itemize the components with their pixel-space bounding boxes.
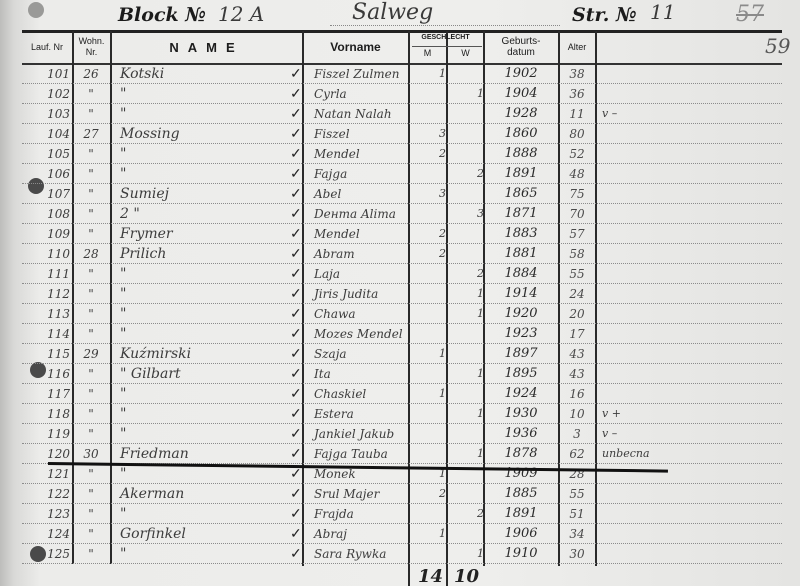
street-name: Salweg [352, 0, 433, 25]
checkmark: ✓ [290, 286, 302, 302]
house-number: " [74, 406, 108, 422]
total-male: 14 [418, 566, 443, 586]
surname: Frymer [120, 226, 173, 242]
birth-year: 1878 [488, 446, 554, 462]
surname: Friedman [120, 446, 189, 462]
row-rule [22, 483, 782, 484]
birth-year: 1920 [488, 306, 554, 322]
first-name: Mendel [314, 146, 360, 162]
lauf-number: 116 [10, 366, 70, 382]
checkmark: ✓ [290, 546, 302, 562]
row-rule [22, 383, 782, 384]
age: 16 [560, 386, 594, 402]
lauf-number: 117 [10, 386, 70, 402]
male-count: 3 [410, 126, 446, 142]
row-rule [22, 123, 782, 124]
age: 38 [560, 66, 594, 82]
first-name: Jiris Judita [314, 286, 378, 302]
age: 36 [560, 86, 594, 102]
birth-year: 1897 [488, 346, 554, 362]
surname: " [120, 386, 126, 402]
column-header-wohn-nr: Wohn. Nr. [73, 31, 110, 63]
surname: " [120, 406, 126, 422]
birth-year: 1865 [488, 186, 554, 202]
birth-year: 1888 [488, 146, 554, 162]
first-name: Sara Rywka [314, 546, 386, 562]
surname: " [120, 106, 126, 122]
table-header-border [22, 63, 782, 65]
house-number: " [74, 366, 108, 382]
surname: " [120, 286, 126, 302]
house-number: " [74, 186, 108, 202]
checkmark: ✓ [290, 166, 302, 182]
age: 57 [560, 226, 594, 242]
row-rule [22, 443, 782, 444]
age: 55 [560, 266, 594, 282]
checkmark: ✓ [290, 406, 302, 422]
birth-year: 1910 [488, 546, 554, 562]
male-count: 2 [410, 146, 446, 162]
block-number: 12 A [218, 2, 264, 26]
row-rule [22, 163, 782, 164]
birth-year: 1936 [488, 426, 554, 442]
house-number: " [74, 206, 108, 222]
checkmark: ✓ [290, 466, 302, 482]
row-rule [22, 563, 782, 564]
age: 10 [560, 406, 594, 422]
lauf-number: 101 [10, 66, 70, 82]
row-rule [22, 203, 782, 204]
checkmark: ✓ [290, 506, 302, 522]
block-label: Block № [118, 4, 206, 26]
street-number-label: Str. № [572, 4, 637, 26]
house-number: " [74, 326, 108, 342]
male-count: 1 [410, 526, 446, 542]
age: 34 [560, 526, 594, 542]
birth-year: 1860 [488, 126, 554, 142]
birth-year: 1930 [488, 406, 554, 422]
surname: 2 " [120, 206, 140, 222]
row-rule [22, 423, 782, 424]
surname: Prilich [120, 246, 166, 262]
birth-year: 1902 [488, 66, 554, 82]
house-number: " [74, 506, 108, 522]
house-number: " [74, 266, 108, 282]
page-number-old: 57 [736, 2, 764, 27]
punch-hole [28, 2, 44, 18]
lauf-number: 105 [10, 146, 70, 162]
first-name: Abram [314, 246, 355, 262]
row-rule [22, 323, 782, 324]
surname: " [120, 506, 126, 522]
column-header-lauf-nr: Lauf. Nr [22, 31, 72, 63]
first-name: Chaskiel [314, 386, 366, 402]
lauf-number: 122 [10, 486, 70, 502]
surname: Mossing [120, 126, 180, 142]
house-number: 30 [74, 446, 108, 462]
lauf-number: 111 [10, 266, 70, 282]
female-count: 1 [448, 86, 484, 102]
first-name: Dента Alima [314, 206, 396, 222]
surname: " [120, 546, 126, 562]
birth-year: 1906 [488, 526, 554, 542]
birth-year: 1924 [488, 386, 554, 402]
surname: " [120, 166, 126, 182]
first-name: Abraj [314, 526, 347, 542]
age: 43 [560, 346, 594, 362]
surname: " [120, 426, 126, 442]
surname: " [120, 266, 126, 282]
male-count: 3 [410, 186, 446, 202]
age: 30 [560, 546, 594, 562]
age: 48 [560, 166, 594, 182]
female-count: 1 [448, 286, 484, 302]
lauf-number: 103 [10, 106, 70, 122]
female-count: 1 [448, 306, 484, 322]
street-underline [330, 25, 560, 26]
column-header-vorname: Vorname [303, 31, 408, 63]
lauf-number: 113 [10, 306, 70, 322]
first-name: Chawa [314, 306, 356, 322]
female-count: 1 [448, 406, 484, 422]
house-number: " [74, 426, 108, 442]
house-number: " [74, 306, 108, 322]
age: 55 [560, 486, 594, 502]
first-name: Szaja [314, 346, 347, 362]
header-divider [412, 46, 482, 47]
surname: Kotski [120, 66, 164, 82]
remark: v – [602, 426, 617, 442]
lauf-number: 108 [10, 206, 70, 222]
lauf-number: 121 [10, 466, 70, 482]
birth-year: 1914 [488, 286, 554, 302]
surname: " [120, 86, 126, 102]
first-name: Natan Nalah [314, 106, 392, 122]
surname: " [120, 326, 126, 342]
row-rule [22, 263, 782, 264]
checkmark: ✓ [290, 186, 302, 202]
house-number: " [74, 546, 108, 562]
lauf-number: 110 [10, 246, 70, 262]
page-number: 59 [765, 34, 790, 58]
checkmark: ✓ [290, 246, 302, 262]
remark: v + [602, 406, 621, 422]
lauf-number: 115 [10, 346, 70, 362]
row-rule [22, 143, 782, 144]
first-name: Fajga Tauba [314, 446, 388, 462]
surname: " [120, 466, 126, 482]
checkmark: ✓ [290, 366, 302, 382]
house-number: " [74, 86, 108, 102]
row-rule [22, 543, 782, 544]
female-count: 2 [448, 266, 484, 282]
birth-year: 1923 [488, 326, 554, 342]
female-count: 3 [448, 206, 484, 222]
lauf-number: 104 [10, 126, 70, 142]
age: 11 [560, 106, 594, 122]
age: 70 [560, 206, 594, 222]
checkmark: ✓ [290, 386, 302, 402]
row-rule [22, 503, 782, 504]
surname: " Gilbart [120, 366, 181, 382]
checkmark: ✓ [290, 486, 302, 502]
row-rule [22, 343, 782, 344]
checkmark: ✓ [290, 126, 302, 142]
column-header-geburtsdatum: Geburts- datum [484, 31, 558, 63]
column-header-geschlecht: GESCHLECHT [408, 31, 483, 45]
remark: v – [602, 106, 617, 122]
house-number: 28 [74, 246, 108, 262]
row-rule [22, 363, 782, 364]
first-name: Abel [314, 186, 341, 202]
lauf-number: 118 [10, 406, 70, 422]
female-count: 1 [448, 366, 484, 382]
house-number: " [74, 146, 108, 162]
column-header-w: W [447, 48, 484, 58]
house-number: " [74, 486, 108, 502]
birth-year: 1871 [488, 206, 554, 222]
lauf-number: 109 [10, 226, 70, 242]
lauf-number: 114 [10, 326, 70, 342]
house-number: " [74, 166, 108, 182]
house-number: " [74, 526, 108, 542]
lauf-number: 107 [10, 186, 70, 202]
female-count: 2 [448, 166, 484, 182]
first-name: Estera [314, 406, 354, 422]
lauf-number: 112 [10, 286, 70, 302]
surname: Gorfinkel [120, 526, 186, 542]
lauf-number: 120 [10, 446, 70, 462]
checkmark: ✓ [290, 526, 302, 542]
checkmark: ✓ [290, 86, 302, 102]
birth-year: 1883 [488, 226, 554, 242]
age: 62 [560, 446, 594, 462]
surname: Sumiej [120, 186, 169, 202]
house-number: 29 [74, 346, 108, 362]
male-count: 1 [410, 386, 446, 402]
birth-year: 1895 [488, 366, 554, 382]
first-name: Frajda [314, 506, 354, 522]
checkmark: ✓ [290, 206, 302, 222]
first-name: Srul Majer [314, 486, 379, 502]
house-number: " [74, 106, 108, 122]
birth-year: 1928 [488, 106, 554, 122]
age: 43 [560, 366, 594, 382]
row-rule [22, 523, 782, 524]
street-number: 11 [650, 0, 675, 24]
birth-year: 1891 [488, 506, 554, 522]
female-count: 1 [448, 446, 484, 462]
birth-year: 1884 [488, 266, 554, 282]
checkmark: ✓ [290, 226, 302, 242]
column-header-alter: Alter [559, 31, 595, 63]
lauf-number: 102 [10, 86, 70, 102]
row-rule [22, 283, 782, 284]
birth-year: 1904 [488, 86, 554, 102]
lauf-number: 119 [10, 426, 70, 442]
first-name: Fiszel [314, 126, 350, 142]
first-name: Fiszel Zulmen [314, 66, 400, 82]
checkmark: ✓ [290, 66, 302, 82]
house-number: 27 [74, 126, 108, 142]
lauf-number: 124 [10, 526, 70, 542]
remark: unbecna [602, 446, 650, 462]
lauf-number: 125 [10, 546, 70, 562]
surname: Kuźmirski [120, 346, 191, 362]
column-divider [302, 31, 304, 566]
house-number: " [74, 466, 108, 482]
house-number: " [74, 286, 108, 302]
age: 20 [560, 306, 594, 322]
column-divider [595, 31, 597, 566]
checkmark: ✓ [290, 426, 302, 442]
first-name: Fajga [314, 166, 347, 182]
row-rule [22, 243, 782, 244]
first-name: Laja [314, 266, 340, 282]
male-count: 2 [410, 486, 446, 502]
male-count: 2 [410, 226, 446, 242]
row-rule [22, 303, 782, 304]
surname: " [120, 306, 126, 322]
house-number: 26 [74, 66, 108, 82]
birth-year: 1891 [488, 166, 554, 182]
lauf-number: 106 [10, 166, 70, 182]
row-rule [22, 183, 782, 184]
column-header-m: M [409, 48, 446, 58]
row-rule [22, 403, 782, 404]
female-count: 1 [448, 546, 484, 562]
first-name: Cyrla [314, 86, 347, 102]
checkmark: ✓ [290, 306, 302, 322]
age: 24 [560, 286, 594, 302]
surname: " [120, 146, 126, 162]
lauf-number: 123 [10, 506, 70, 522]
age: 51 [560, 506, 594, 522]
house-number: " [74, 386, 108, 402]
age: 17 [560, 326, 594, 342]
checkmark: ✓ [290, 326, 302, 342]
age: 3 [560, 426, 594, 442]
surname: Akerman [120, 486, 184, 502]
checkmark: ✓ [290, 106, 302, 122]
first-name: Ita [314, 366, 331, 382]
age: 80 [560, 126, 594, 142]
row-rule [22, 83, 782, 84]
female-count: 2 [448, 506, 484, 522]
checkmark: ✓ [290, 446, 302, 462]
age: 58 [560, 246, 594, 262]
checkmark: ✓ [290, 346, 302, 362]
birth-year: 1881 [488, 246, 554, 262]
row-rule [22, 223, 782, 224]
birth-year: 1885 [488, 486, 554, 502]
column-header-name: NAME [111, 31, 302, 63]
first-name: Mozes Mendel [314, 326, 403, 342]
checkmark: ✓ [290, 146, 302, 162]
house-number: " [74, 226, 108, 242]
male-count: 1 [410, 346, 446, 362]
age: 75 [560, 186, 594, 202]
age: 52 [560, 146, 594, 162]
row-rule [22, 103, 782, 104]
male-count: 1 [410, 66, 446, 82]
checkmark: ✓ [290, 266, 302, 282]
first-name: Mendel [314, 226, 360, 242]
total-female: 10 [454, 566, 479, 586]
male-count: 2 [410, 246, 446, 262]
column-divider [110, 31, 112, 564]
first-name: Jankiel Jakub [314, 426, 394, 442]
